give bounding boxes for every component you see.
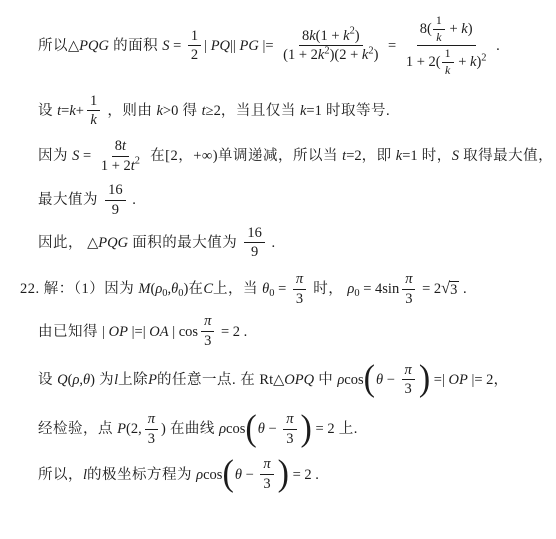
text-run: 由已知得 bbox=[38, 323, 102, 341]
text-run: 2 bbox=[368, 45, 373, 57]
text-run: 的面积 bbox=[109, 37, 162, 55]
text-run: π bbox=[148, 411, 155, 428]
text-run: 1 bbox=[436, 14, 442, 28]
solution-line-conclusion-part1: 因此， △PQG 面积的最大值为 169 . bbox=[20, 225, 548, 261]
left-paren: ( bbox=[222, 459, 233, 490]
document-page: 所以△PQG 的面积 S = 12| PQ|| PG |= 8k(1 + k2)… bbox=[0, 0, 556, 539]
text-run: Q bbox=[57, 371, 67, 389]
fraction-denominator: k bbox=[433, 30, 444, 45]
text-run: 得 bbox=[178, 102, 201, 120]
text-run: 0 bbox=[354, 287, 359, 300]
text-run: OPQ bbox=[284, 371, 314, 389]
text-run: 3 bbox=[450, 282, 457, 299]
fraction: 1k bbox=[442, 47, 454, 77]
superscript: 2 bbox=[481, 52, 486, 64]
text-run: = bbox=[384, 37, 399, 55]
text-run: PQ bbox=[211, 37, 230, 55]
text-run: 的极坐标方程为 bbox=[87, 466, 196, 484]
text-run: OP bbox=[449, 371, 468, 389]
text-run: △ bbox=[273, 371, 284, 389]
fraction: π3 bbox=[145, 411, 158, 447]
text-run: 上除 bbox=[118, 371, 148, 389]
text-run: ) bbox=[355, 28, 360, 45]
left-paren: ( bbox=[245, 414, 256, 445]
text-run: 3 bbox=[405, 381, 412, 398]
subscript: 0 bbox=[162, 287, 167, 300]
text-run: θ bbox=[376, 371, 383, 389]
text-run: 面积的最大值为 bbox=[128, 234, 241, 252]
text-run: 在[2，+∞)单调递减，所以当 bbox=[146, 147, 342, 165]
fraction-numerator: 1 bbox=[433, 14, 445, 30]
text-run: = bbox=[274, 280, 289, 298]
text-run: >0 bbox=[163, 102, 178, 120]
text-run: 时， bbox=[418, 147, 452, 165]
fraction-denominator: 3 bbox=[402, 380, 415, 398]
text-run: 在 bbox=[188, 280, 203, 298]
solution-line-substitution: 设 t=k+1k ，则由 k>0 得 t≥2，当且仅当 k=1 时取等号. bbox=[20, 93, 548, 129]
fraction-denominator: 3 bbox=[293, 290, 306, 308]
text-run: S bbox=[162, 37, 169, 55]
fraction-numerator: π bbox=[201, 313, 214, 332]
text-run: 16 bbox=[247, 225, 262, 242]
text-run: 所以 bbox=[38, 37, 68, 55]
solution-line-q22-start: 22. 解：（1）因为 M(ρ0,θ0)在C上，当 θ0 = π3 时， ρ0 … bbox=[20, 271, 548, 307]
fraction: π3 bbox=[283, 411, 296, 447]
text-run: 0 bbox=[269, 287, 274, 300]
fraction-numerator: π bbox=[145, 411, 158, 430]
text-run: = 2 bbox=[418, 280, 441, 298]
text-run: △ bbox=[68, 37, 79, 55]
text-run: (1 + 2 bbox=[283, 47, 318, 64]
text-run: 时， bbox=[309, 280, 347, 298]
text-run: − bbox=[265, 420, 280, 438]
text-run: 设 bbox=[38, 102, 57, 120]
text-run: (2, bbox=[126, 420, 142, 438]
text-run: OA bbox=[149, 323, 168, 341]
superscript: 2 bbox=[135, 155, 140, 167]
text-run: . bbox=[268, 234, 275, 252]
subscript: 0 bbox=[178, 287, 183, 300]
fraction-denominator: 2 bbox=[188, 46, 201, 64]
text-run: . bbox=[493, 37, 500, 55]
fraction-denominator: 1 + 2(1k + k)2 bbox=[403, 46, 490, 77]
solution-line-point-q: 设 Q(ρ,θ) 为l上除P的任意一点. 在 Rt△OPQ 中 ρcos(θ −… bbox=[20, 362, 548, 398]
text-run: π bbox=[263, 456, 270, 473]
text-run: = 2 bbox=[312, 420, 335, 438]
text-run: 上. bbox=[335, 420, 358, 438]
text-run: ≥2 bbox=[206, 102, 221, 120]
text-run: ρ bbox=[219, 420, 226, 438]
fraction-denominator: 9 bbox=[248, 243, 261, 261]
text-run: cos bbox=[344, 371, 363, 389]
fraction: π3 bbox=[201, 313, 214, 349]
text-run: 2 bbox=[481, 52, 486, 64]
text-run: )(2 + bbox=[330, 47, 362, 64]
text-run: =1 bbox=[306, 102, 321, 120]
text-run: 2 bbox=[191, 47, 198, 64]
fraction: 1k bbox=[433, 14, 445, 44]
text-run: . bbox=[129, 191, 136, 209]
superscript: 2 bbox=[368, 45, 373, 57]
solution-line-monotonic: 因为 S = 8t1 + 2t2 在[2，+∞)单调递减，所以当 t=2，即 k… bbox=[20, 138, 548, 174]
text-run: π bbox=[286, 411, 293, 428]
fraction: 1k bbox=[87, 93, 100, 129]
text-run: 9 bbox=[112, 202, 119, 219]
text-run: . bbox=[459, 280, 466, 298]
fraction-numerator: π bbox=[260, 456, 273, 475]
text-run: θ bbox=[235, 466, 242, 484]
fraction-denominator: 9 bbox=[109, 201, 122, 219]
fraction-numerator: 8(1k + k) bbox=[417, 14, 476, 46]
text-run: ρ bbox=[347, 280, 354, 298]
text-run: 2 bbox=[324, 45, 329, 57]
subscript: 0 bbox=[269, 287, 274, 300]
text-run: t bbox=[122, 138, 126, 155]
radicand: 3 bbox=[449, 281, 459, 299]
fraction: π3 bbox=[402, 362, 415, 398]
text-run: 取得最大值， bbox=[459, 147, 553, 165]
fraction-numerator: 8t bbox=[112, 138, 129, 157]
text-run: 3 bbox=[286, 431, 293, 448]
text-run: π bbox=[405, 362, 412, 379]
text-run: PQG bbox=[98, 234, 128, 252]
text-run: ρ bbox=[155, 280, 162, 298]
text-run: + bbox=[76, 102, 84, 120]
fraction-denominator: 1 + 2t2 bbox=[98, 157, 143, 175]
parenthesized-group: (θ − π3) bbox=[222, 456, 289, 492]
right-paren: ) bbox=[301, 414, 312, 445]
text-run: 8( bbox=[420, 21, 432, 38]
fraction-denominator: 3 bbox=[402, 290, 415, 308]
text-run: θ bbox=[171, 280, 178, 298]
right-paren: ) bbox=[278, 459, 289, 490]
text-run: |=| bbox=[128, 323, 149, 341]
text-run: θ bbox=[83, 371, 90, 389]
text-run: PQG bbox=[79, 37, 109, 55]
text-run: ) bbox=[374, 47, 379, 64]
text-run: ，即 bbox=[362, 147, 396, 165]
text-run: = 4sin bbox=[360, 280, 400, 298]
text-run: ρ bbox=[196, 466, 203, 484]
text-run: 中 bbox=[314, 371, 337, 389]
text-run: ) bbox=[468, 21, 473, 38]
text-run: △ bbox=[87, 234, 98, 252]
fraction-denominator: 3 bbox=[145, 430, 158, 448]
text-run: = bbox=[79, 147, 94, 165]
text-run: 所以， bbox=[38, 466, 83, 484]
fraction: π3 bbox=[293, 271, 306, 307]
text-run: P bbox=[117, 420, 126, 438]
text-run: 1 bbox=[445, 47, 451, 61]
fraction-numerator: 16 bbox=[244, 225, 265, 244]
text-run: 3 bbox=[204, 333, 211, 350]
text-run: ρ bbox=[72, 371, 79, 389]
fraction-denominator: 3 bbox=[260, 475, 273, 493]
text-run: S bbox=[72, 147, 79, 165]
text-run: = 2 . bbox=[217, 323, 247, 341]
text-run: 3 bbox=[296, 291, 303, 308]
text-run: 1 bbox=[90, 93, 97, 110]
text-run: (1 + bbox=[316, 28, 344, 45]
text-run: 8 bbox=[302, 28, 309, 45]
fraction: 169 bbox=[105, 182, 126, 218]
text-run: 1 + 2( bbox=[406, 54, 441, 71]
text-run: |= 2 bbox=[468, 371, 494, 389]
fraction-denominator: k bbox=[87, 111, 99, 129]
fraction-denominator: 3 bbox=[201, 332, 214, 350]
solution-line-max-value: 最大值为 169 . bbox=[20, 182, 548, 218]
text-run: =2 bbox=[346, 147, 361, 165]
text-run: 设 bbox=[38, 371, 57, 389]
text-run: 2 bbox=[350, 25, 355, 37]
text-run: 0 bbox=[178, 287, 183, 300]
text-run: π bbox=[204, 313, 211, 330]
right-paren: ) bbox=[419, 364, 430, 395]
text-run: 9 bbox=[251, 244, 258, 261]
text-run: 为 bbox=[95, 371, 114, 389]
fraction: 8(1k + k)1 + 2(1k + k)2 bbox=[403, 14, 490, 78]
subscript: 0 bbox=[354, 287, 359, 300]
text-run: ，则由 bbox=[103, 102, 156, 120]
text-run: C bbox=[203, 280, 213, 298]
text-run: π bbox=[405, 271, 412, 288]
text-run: θ bbox=[258, 420, 265, 438]
text-run: 1 + 2 bbox=[101, 158, 131, 175]
text-run: 最大值为 bbox=[38, 191, 102, 209]
text-run: PG bbox=[239, 37, 258, 55]
text-run: 的任意一点. 在 bbox=[157, 371, 259, 389]
text-run: ， bbox=[493, 371, 508, 389]
solution-line-polar-equation: 所以，l的极坐标方程为 ρcos(θ − π3) = 2 . bbox=[20, 456, 548, 492]
fraction-denominator: k bbox=[442, 63, 453, 78]
text-run: ρ bbox=[337, 371, 344, 389]
fraction-numerator: 8k(1 + k2) bbox=[299, 28, 363, 47]
text-run: 1 bbox=[191, 28, 198, 45]
text-run: 因为 bbox=[38, 147, 72, 165]
fraction-denominator: 3 bbox=[283, 430, 296, 448]
text-run: 经检验，点 bbox=[38, 420, 117, 438]
text-run: | cos bbox=[169, 323, 198, 341]
fraction-numerator: π bbox=[283, 411, 296, 430]
fraction: 8t1 + 2t2 bbox=[98, 138, 143, 174]
paren-content: θ − π3 bbox=[375, 362, 419, 398]
text-run: − bbox=[383, 371, 398, 389]
text-run: 在曲线 bbox=[166, 420, 219, 438]
text-run: 3 bbox=[263, 476, 270, 493]
solution-line-area-formula: 所以△PQG 的面积 S = 12| PQ|| PG |= 8k(1 + k2)… bbox=[20, 14, 548, 78]
text-run: = bbox=[61, 102, 69, 120]
text-run: P bbox=[148, 371, 157, 389]
text-run: π bbox=[296, 271, 303, 288]
text-run: 16 bbox=[108, 182, 123, 199]
text-run: =| bbox=[430, 371, 448, 389]
paren-content: θ − π3 bbox=[257, 411, 301, 447]
fraction: π3 bbox=[402, 271, 415, 307]
text-run: + bbox=[455, 54, 470, 71]
text-run: 因此， bbox=[38, 234, 87, 252]
text-run: 22. 解：（1）因为 bbox=[20, 280, 138, 298]
text-run: 8 bbox=[115, 138, 122, 155]
solution-line-verification: 经检验，点 P(2,π3) 在曲线 ρcos(θ − π3) = 2 上. bbox=[20, 411, 548, 447]
text-run: Rt bbox=[259, 371, 273, 389]
text-run: =1 bbox=[402, 147, 417, 165]
paren-content: θ − π3 bbox=[234, 456, 278, 492]
text-run: − bbox=[242, 466, 257, 484]
text-run: 3 bbox=[148, 431, 155, 448]
text-run: cos bbox=[203, 466, 222, 484]
text-run: k bbox=[445, 64, 450, 78]
fraction: π3 bbox=[260, 456, 273, 492]
text-run: k bbox=[90, 112, 96, 129]
text-run: 0 bbox=[162, 287, 167, 300]
text-run: θ bbox=[262, 280, 269, 298]
text-run: = 2 . bbox=[289, 466, 319, 484]
text-run: M bbox=[138, 280, 150, 298]
text-run: 上，当 bbox=[213, 280, 262, 298]
left-paren: ( bbox=[364, 364, 375, 395]
text-run: 3 bbox=[405, 291, 412, 308]
text-run: k bbox=[436, 31, 441, 45]
fraction: 169 bbox=[244, 225, 265, 261]
text-run: |= bbox=[259, 37, 277, 55]
text-run: 时取等号. bbox=[322, 102, 390, 120]
fraction-denominator: (1 + 2k2)(2 + k2) bbox=[280, 46, 381, 64]
text-run: S bbox=[452, 147, 459, 165]
text-run: + bbox=[446, 21, 461, 38]
text-run: cos bbox=[226, 420, 245, 438]
fraction: 8k(1 + k2)(1 + 2k2)(2 + k2) bbox=[280, 28, 381, 64]
superscript: 2 bbox=[324, 45, 329, 57]
fraction-numerator: 1 bbox=[188, 28, 201, 47]
solution-line-op-length: 由已知得 | OP |=| OA | cosπ3 = 2 . bbox=[20, 313, 548, 349]
parenthesized-group: (θ − π3) bbox=[245, 411, 312, 447]
fraction: 12 bbox=[188, 28, 201, 64]
text-run: 2 bbox=[135, 155, 140, 167]
text-run: ，当且仅当 bbox=[221, 102, 300, 120]
square-root: √3 bbox=[441, 280, 459, 299]
text-run: = bbox=[169, 37, 184, 55]
fraction-numerator: 16 bbox=[105, 182, 126, 201]
fraction-numerator: π bbox=[402, 362, 415, 381]
text-run: OP bbox=[109, 323, 128, 341]
fraction-numerator: 1 bbox=[87, 93, 100, 112]
fraction-numerator: π bbox=[293, 271, 306, 290]
fraction-numerator: π bbox=[402, 271, 415, 290]
parenthesized-group: (θ − π3) bbox=[364, 362, 431, 398]
fraction-numerator: 1 bbox=[442, 47, 454, 63]
superscript: 2 bbox=[350, 25, 355, 37]
